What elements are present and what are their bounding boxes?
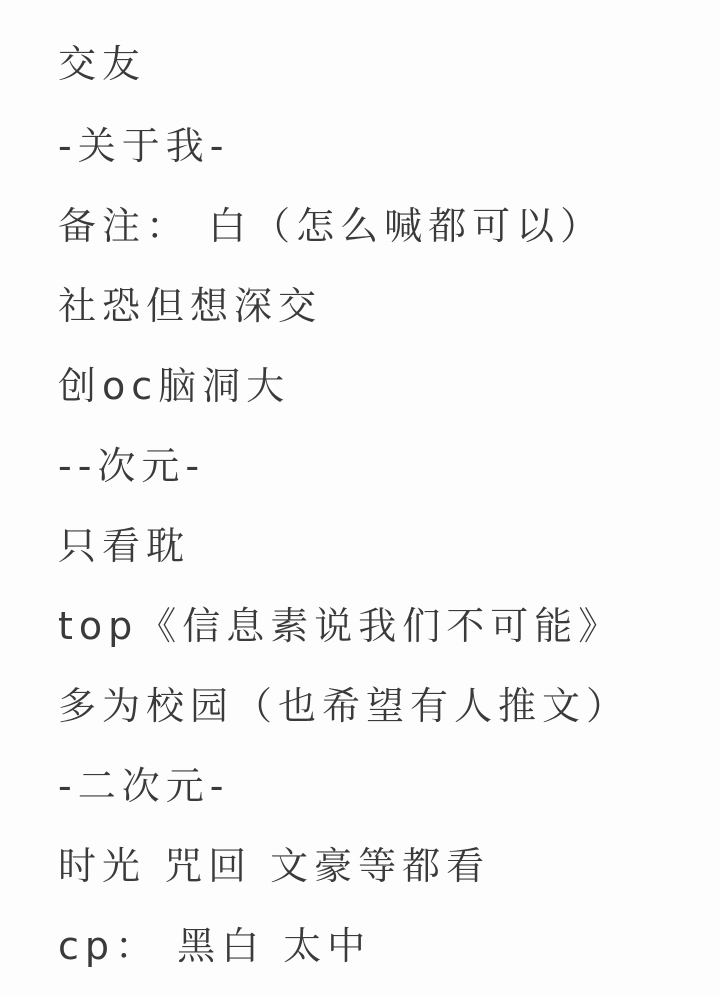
- note-line-personality: 社恐但想深交: [58, 282, 322, 330]
- section-header-2d: -二次元-: [58, 762, 229, 810]
- note-line-anime-list: 时光 咒回 文豪等都看: [58, 842, 490, 890]
- note-title: 交友: [58, 40, 146, 88]
- note-line-cp: cp： 黑白 太中: [58, 922, 371, 970]
- note-line-top-novel: top《信息素说我们不可能》: [58, 602, 622, 650]
- note-line-oc: 创oc脑洞大: [58, 362, 290, 410]
- note-line-nickname: 备注： 白（怎么喊都可以）: [58, 202, 604, 250]
- note-line-genre: 只看耽: [58, 522, 190, 570]
- section-header-about-me: -关于我-: [58, 122, 229, 170]
- note-line-campus: 多为校园（也希望有人推文）: [58, 682, 630, 730]
- handwritten-note-page: 交友 -关于我- 备注： 白（怎么喊都可以） 社恐但想深交 创oc脑洞大 --次…: [0, 0, 720, 995]
- section-header-3d: --次元-: [58, 442, 205, 490]
